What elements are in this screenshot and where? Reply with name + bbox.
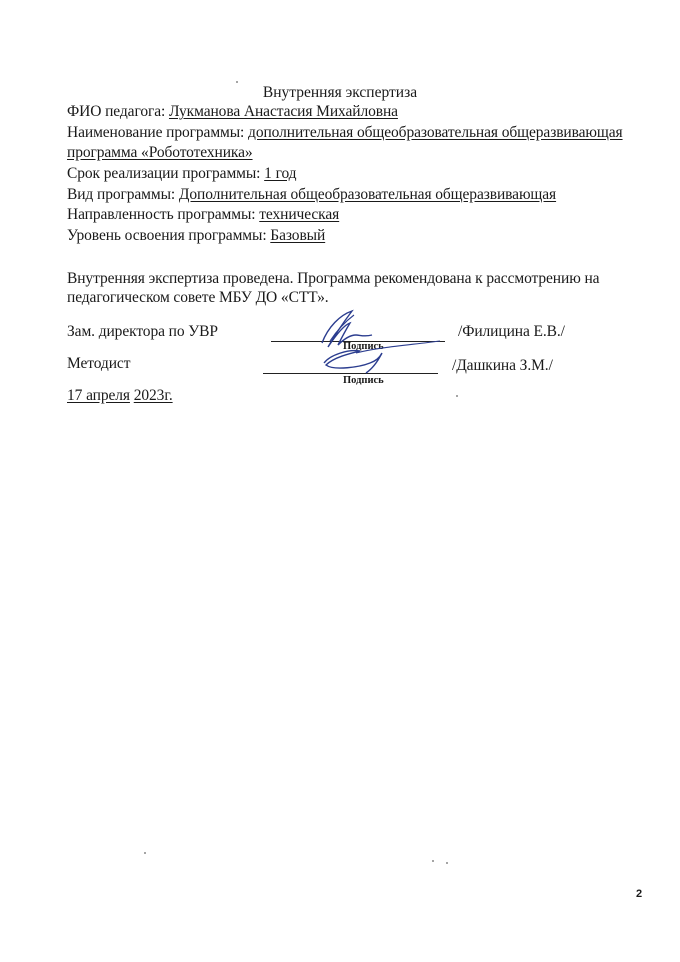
field-program-name-cont: программа «Робототехника» bbox=[67, 144, 253, 162]
conclusion-line-1: Внутренняя экспертиза проведена. Програм… bbox=[67, 270, 599, 288]
field-orientation: Направленность программы: техническая bbox=[67, 206, 339, 224]
field-label: Направленность программы: bbox=[67, 206, 259, 223]
page-number: 2 bbox=[636, 888, 642, 900]
field-label: Вид программы: bbox=[67, 186, 179, 203]
field-value: Дополнительная общеобразовательная общер… bbox=[179, 186, 556, 203]
field-level: Уровень освоения программы: Базовый bbox=[67, 227, 325, 245]
field-duration: Срок реализации программы: 1 год bbox=[67, 165, 296, 183]
document-title: Внутренняя экспертиза bbox=[0, 84, 680, 102]
field-value: техническая bbox=[259, 206, 339, 223]
field-value: Базовый bbox=[270, 227, 325, 244]
field-program-type: Вид программы: Дополнительная общеобразо… bbox=[67, 186, 556, 204]
field-value-continued: программа «Робототехника» bbox=[67, 144, 253, 161]
field-program-name: Наименование программы: дополнительная о… bbox=[67, 124, 623, 142]
field-label: Уровень освоения программы: bbox=[67, 227, 270, 244]
scan-speck bbox=[432, 860, 434, 862]
field-value: Лукманова Анастасия Михайловна bbox=[169, 103, 398, 120]
signer-role-deputy: Зам. директора по УВР bbox=[67, 323, 218, 341]
signer-name-methodist: /Дашкина З.М./ bbox=[452, 357, 553, 375]
signer-role-methodist: Методист bbox=[67, 355, 130, 373]
field-label: Срок реализации программы: bbox=[67, 165, 264, 182]
scan-speck bbox=[446, 862, 448, 864]
scan-speck bbox=[456, 395, 458, 397]
field-value: дополнительная общеобразовательная общер… bbox=[248, 124, 623, 141]
date-year: 2023г. bbox=[134, 387, 173, 404]
document-page: Внутренняя экспертиза ФИО педагога: Лукм… bbox=[0, 0, 680, 962]
scan-speck bbox=[144, 852, 146, 854]
conclusion-line-2: педагогическом совете МБУ ДО «СТТ». bbox=[67, 289, 329, 307]
handwritten-signature-icon bbox=[300, 305, 450, 380]
scan-speck bbox=[236, 81, 238, 83]
field-teacher-name: ФИО педагога: Лукманова Анастасия Михайл… bbox=[67, 103, 398, 121]
field-label: Наименование программы: bbox=[67, 124, 248, 141]
signer-name-deputy: /Филицина Е.В./ bbox=[458, 323, 565, 341]
date-day-month: 17 апреля bbox=[67, 387, 130, 404]
field-value: 1 год bbox=[264, 165, 296, 182]
document-date: 17 апреля 2023г. bbox=[67, 387, 173, 405]
field-label: ФИО педагога: bbox=[67, 103, 169, 120]
